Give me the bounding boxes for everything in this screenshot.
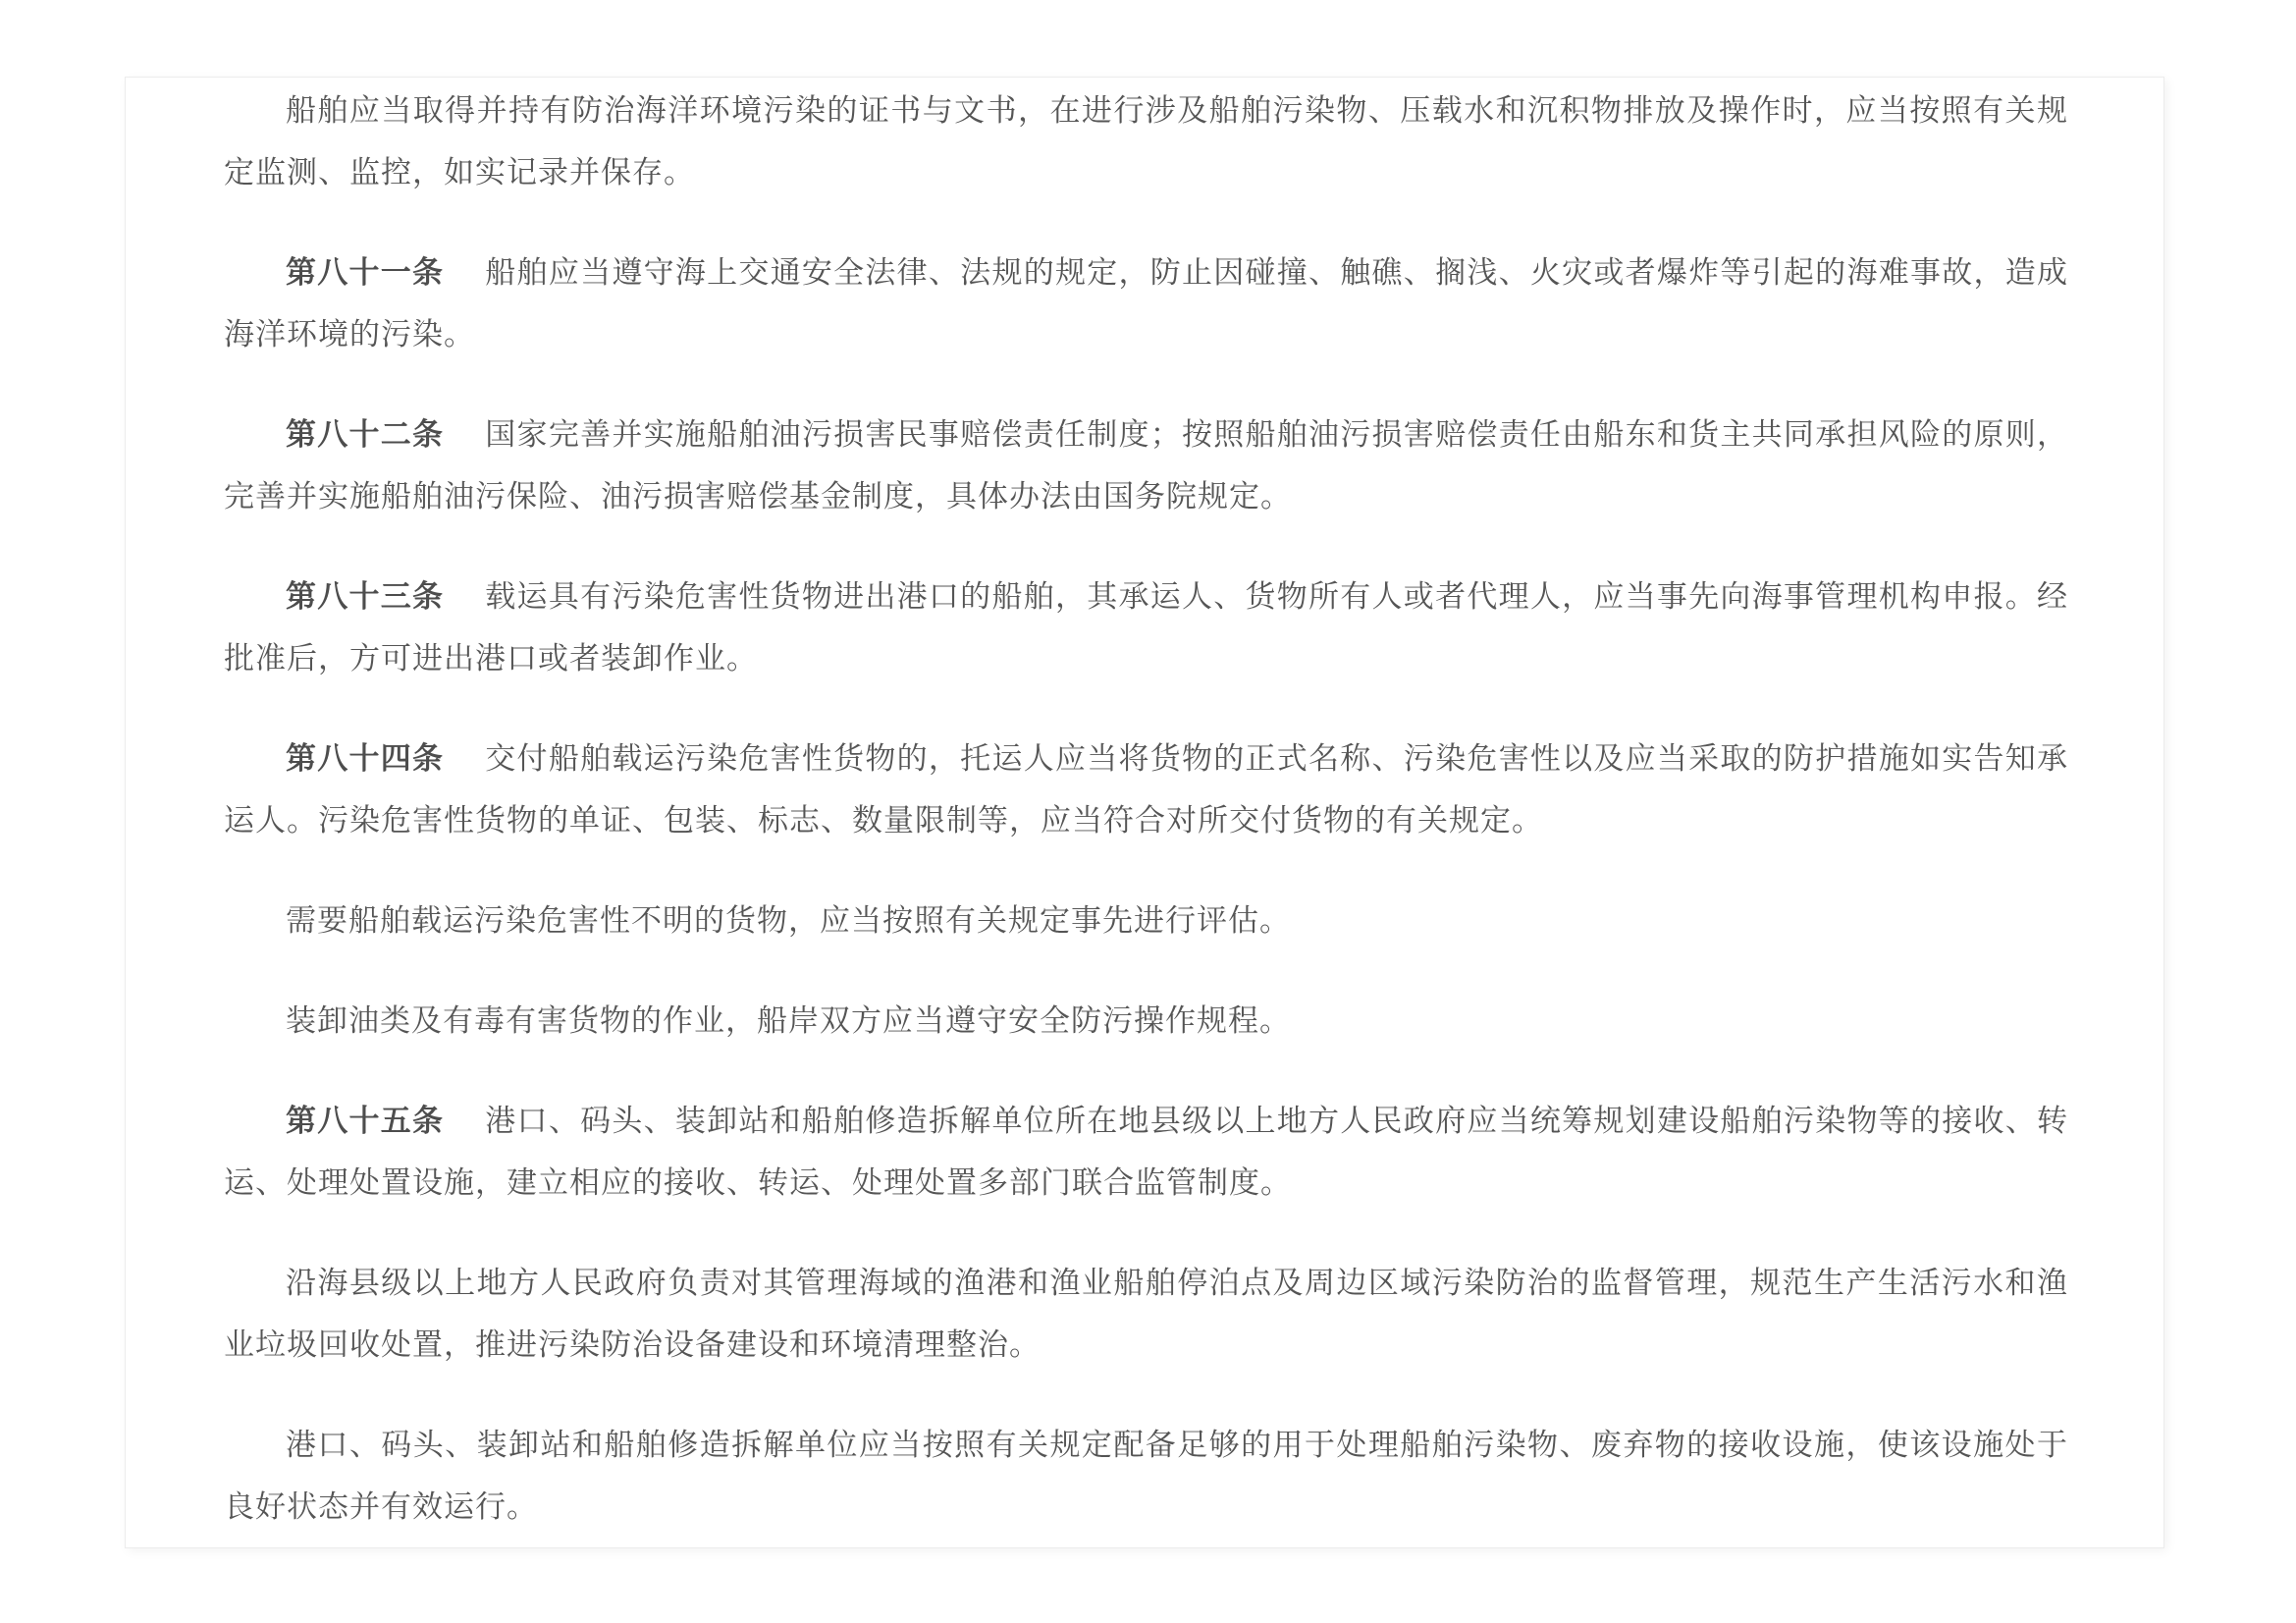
article-paragraph: 第八十四条交付船舶载运污染危害性货物的，托运人应当将货物的正式名称、污染危害性以…	[224, 728, 2068, 851]
article-number: 第八十五条	[286, 1104, 444, 1138]
paragraph-text: 装卸油类及有毒有害货物的作业，船岸双方应当遵守安全防污操作规程。	[286, 1003, 1291, 1038]
paragraph: 装卸油类及有毒有害货物的作业，船岸双方应当遵守安全防污操作规程。	[224, 990, 2068, 1052]
paragraph: 需要船舶载运污染危害性不明的货物，应当按照有关规定事先进行评估。	[224, 890, 2068, 951]
article-text: 船舶应当遵守海上交通安全法律、法规的规定，防止因碰撞、触礁、搁浅、火灾或者爆炸等…	[224, 255, 2068, 352]
article-number: 第八十二条	[286, 417, 444, 452]
paragraph: 沿海县级以上地方人民政府负责对其管理海域的渔港和渔业船舶停泊点及周边区域污染防治…	[224, 1252, 2068, 1376]
article-text: 载运具有污染危害性货物进出港口的船舶，其承运人、货物所有人或者代理人，应当事先向…	[224, 579, 2068, 676]
paragraph-text: 港口、码头、装卸站和船舶修造拆解单位应当按照有关规定配备足够的用于处理船舶污染物…	[224, 1428, 2068, 1524]
article-text: 交付船舶载运污染危害性货物的，托运人应当将货物的正式名称、污染危害性以及应当采取…	[224, 741, 2068, 838]
law-document-page: 船舶应当取得并持有防治海洋环境污染的证书与文书，在进行涉及船舶污染物、压载水和沉…	[125, 77, 2164, 1548]
paragraph-text: 需要船舶载运污染危害性不明的货物，应当按照有关规定事先进行评估。	[286, 903, 1291, 938]
article-number: 第八十四条	[286, 741, 444, 776]
article-number: 第八十三条	[286, 579, 444, 614]
article-text: 港口、码头、装卸站和船舶修造拆解单位所在地县级以上地方人民政府应当统筹规划建设船…	[224, 1104, 2068, 1200]
paragraph-text: 船舶应当取得并持有防治海洋环境污染的证书与文书，在进行涉及船舶污染物、压载水和沉…	[224, 93, 2068, 189]
article-paragraph: 第八十一条船舶应当遵守海上交通安全法律、法规的规定，防止因碰撞、触礁、搁浅、火灾…	[224, 242, 2068, 365]
paragraph-text: 沿海县级以上地方人民政府负责对其管理海域的渔港和渔业船舶停泊点及周边区域污染防治…	[224, 1266, 2068, 1362]
article-paragraph: 第八十五条港口、码头、装卸站和船舶修造拆解单位所在地县级以上地方人民政府应当统筹…	[224, 1090, 2068, 1214]
article-text: 国家完善并实施船舶油污损害民事赔偿责任制度；按照船舶油污损害赔偿责任由船东和货主…	[224, 417, 2068, 514]
article-paragraph: 第八十二条国家完善并实施船舶油污损害民事赔偿责任制度；按照船舶油污损害赔偿责任由…	[224, 404, 2068, 527]
paragraph: 港口、码头、装卸站和船舶修造拆解单位应当按照有关规定配备足够的用于处理船舶污染物…	[224, 1414, 2068, 1538]
article-number: 第八十一条	[286, 255, 444, 290]
article-paragraph: 第八十三条载运具有污染危害性货物进出港口的船舶，其承运人、货物所有人或者代理人，…	[224, 566, 2068, 689]
paragraph: 船舶应当取得并持有防治海洋环境污染的证书与文书，在进行涉及船舶污染物、压载水和沉…	[224, 80, 2068, 203]
